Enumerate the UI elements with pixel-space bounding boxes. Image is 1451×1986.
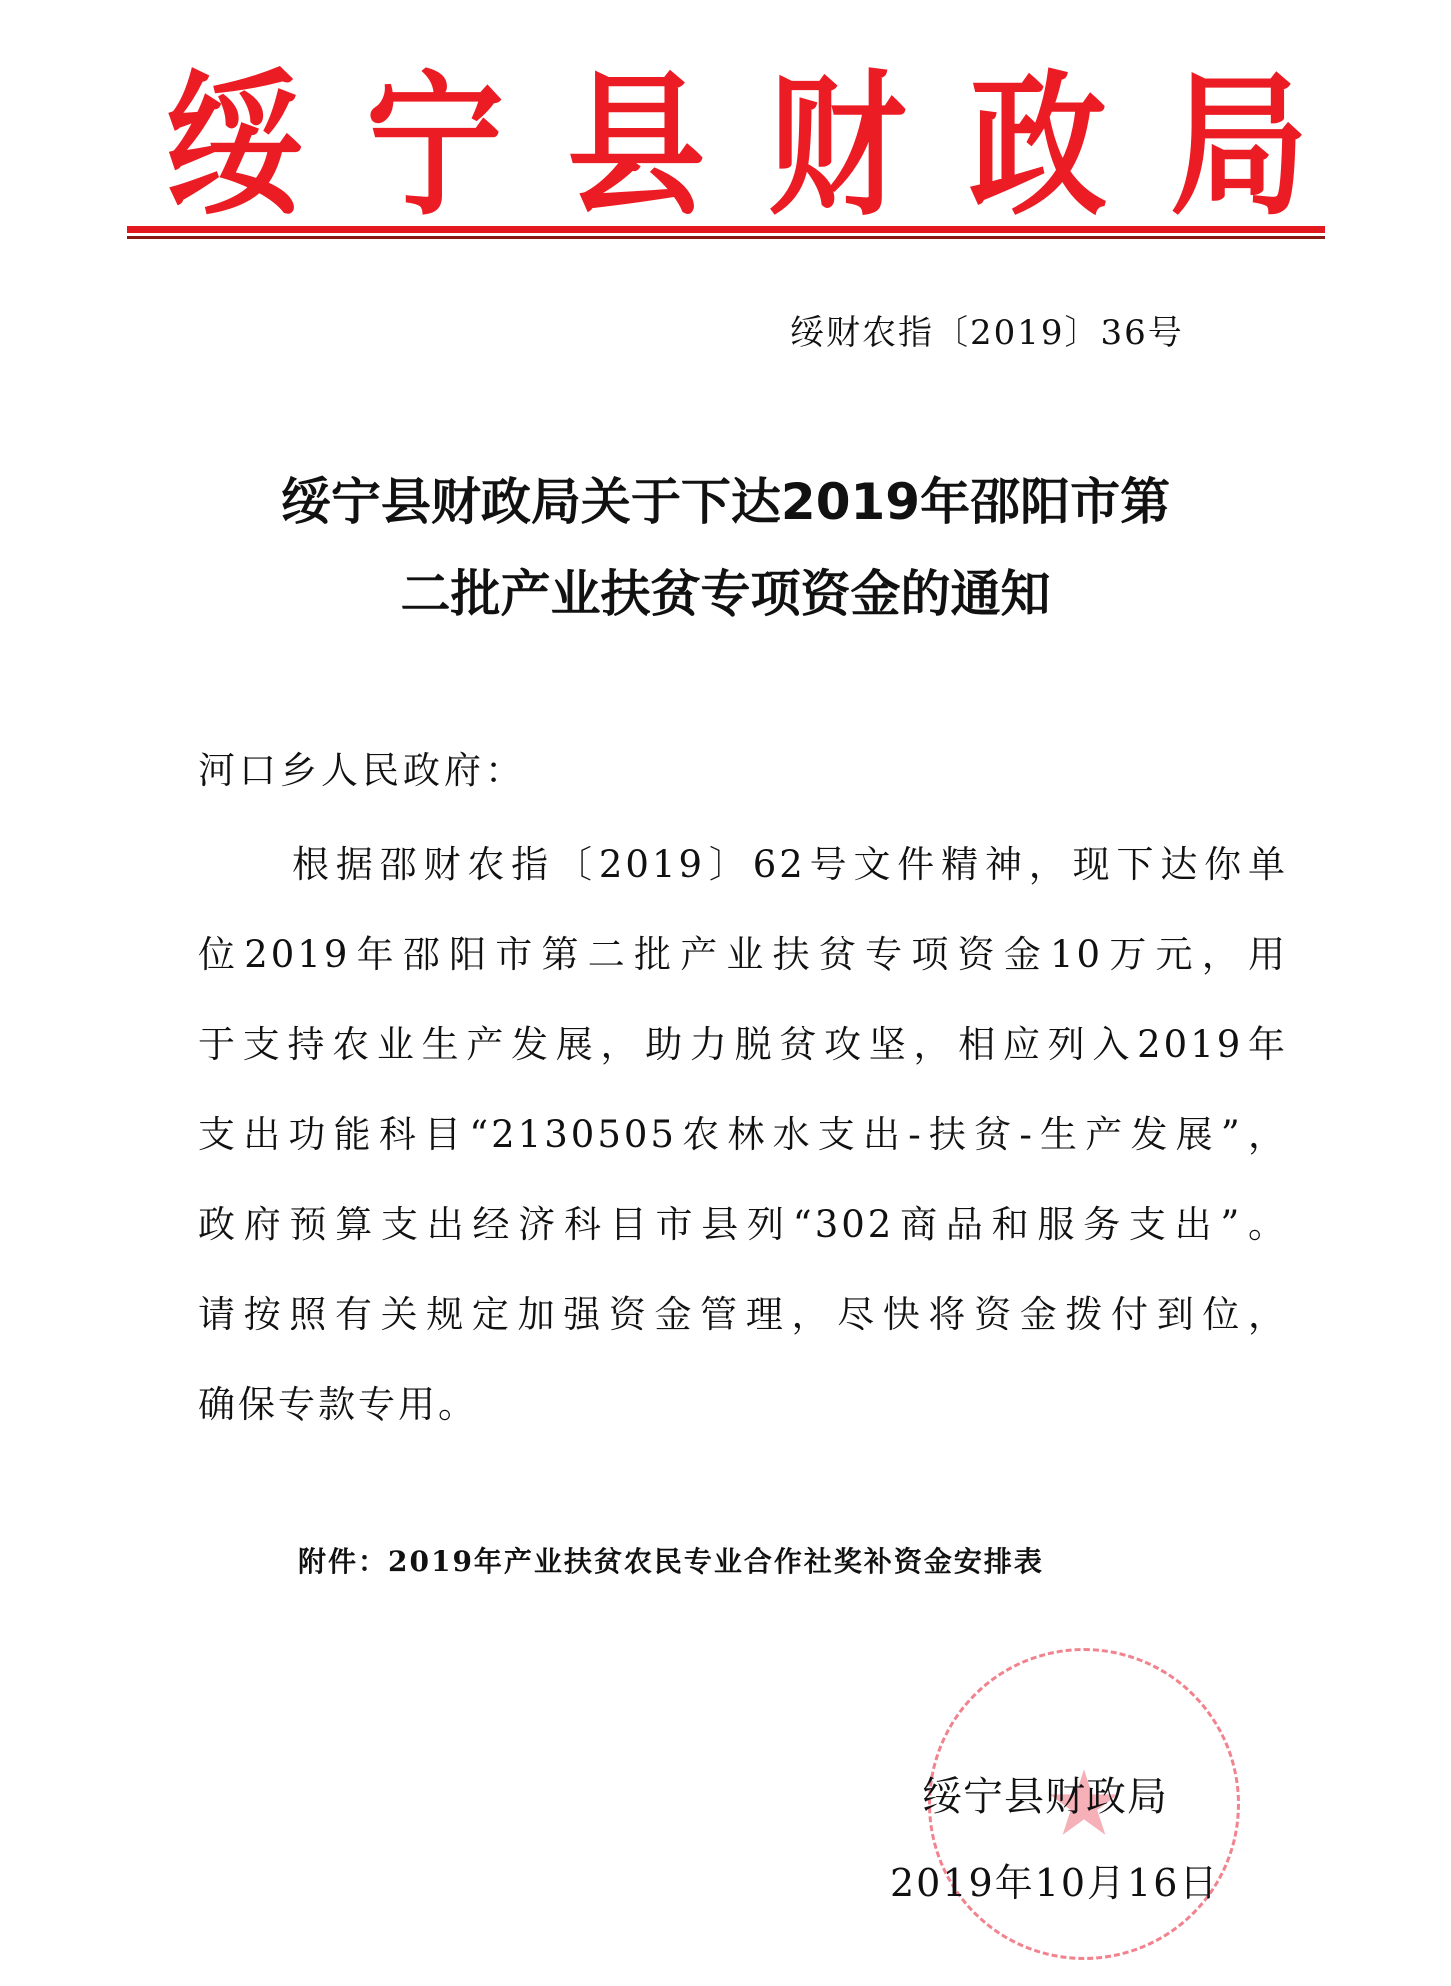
- body-line: 根据邵财农指〔2019〕62号文件精神，现下达你单: [292, 834, 1288, 888]
- letterhead-char: 财: [768, 70, 893, 225]
- letterhead-char: 绥: [165, 70, 290, 225]
- signature-date: 2019年10月16日: [890, 1852, 1219, 1907]
- signature-issuer: 绥宁县财政局: [922, 1765, 1168, 1822]
- body-line: 政府预算支出经济科目市县列“302商品和服务支出”。: [198, 1194, 1288, 1248]
- letterhead-char: 宁: [366, 70, 491, 225]
- attachment-note: 附件：2019年产业扶贫农民专业合作社奖补资金安排表: [298, 1540, 1044, 1580]
- body-line: 确保专款专用。: [198, 1374, 1288, 1428]
- document-title-line-2: 二批产业扶贫专项资金的通知: [0, 554, 1451, 626]
- body-line: 位2019年邵阳市第二批产业扶贫专项资金10万元，用: [198, 924, 1288, 978]
- document-title-line-1: 绥宁县财政局关于下达2019年邵阳市第: [0, 462, 1451, 534]
- letterhead-rule-thick: [127, 226, 1325, 233]
- letterhead-char: 政: [969, 70, 1094, 225]
- body-line: 于支持农业生产发展，助力脱贫攻坚，相应列入2019年: [198, 1014, 1288, 1068]
- letterhead-char: 局: [1170, 70, 1295, 225]
- body-line: 请按照有关规定加强资金管理，尽快将资金拨付到位，: [198, 1284, 1288, 1338]
- salutation: 河口乡人民政府：: [198, 740, 526, 794]
- body-line: 支出功能科目“2130505农林水支出-扶贫-生产发展”，: [198, 1104, 1288, 1158]
- letterhead-rule-thin: [127, 236, 1325, 239]
- letterhead-char: 县: [567, 70, 692, 225]
- issuer-letterhead: 绥 宁 县 财 政 局: [165, 52, 1295, 242]
- document-number: 绥财农指〔2019〕36号: [790, 305, 1184, 354]
